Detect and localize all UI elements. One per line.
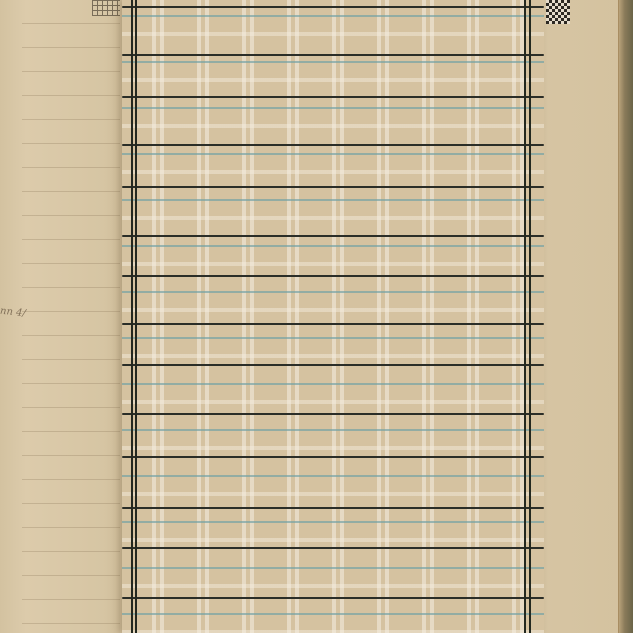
plaid-dark-line [122,96,544,98]
plaid-vertical-dark-line [131,0,133,633]
left-notebook-page: nn 4/ [0,0,130,633]
plaid-vertical-dark-line [529,0,531,633]
plaid-dark-line [122,6,544,8]
plaid-blue-lines [122,0,544,633]
plaid-dark-line [122,186,544,188]
plaid-dark-line [122,323,544,325]
plaid-vertical-dark-line [524,0,526,633]
handwritten-note: nn 4/ [0,306,26,320]
plaid-paper-sample [122,0,544,633]
notebook-photo: nn 4/ [0,0,633,633]
plaid-dark-line [122,364,544,366]
plaid-dark-line [122,456,544,458]
plaid-dark-line [122,413,544,415]
ruled-lines [22,0,130,633]
plaid-dark-line [122,275,544,277]
plaid-vertical-dark-line [135,0,137,633]
checker-pattern-sample [546,0,570,24]
plaid-dark-line [122,507,544,509]
plaid-dark-line [122,54,544,56]
book-spine-edge [619,0,633,633]
plaid-dark-line [122,547,544,549]
plaid-dark-line [122,235,544,237]
plaid-dark-line [122,597,544,599]
plaid-dark-line [122,144,544,146]
